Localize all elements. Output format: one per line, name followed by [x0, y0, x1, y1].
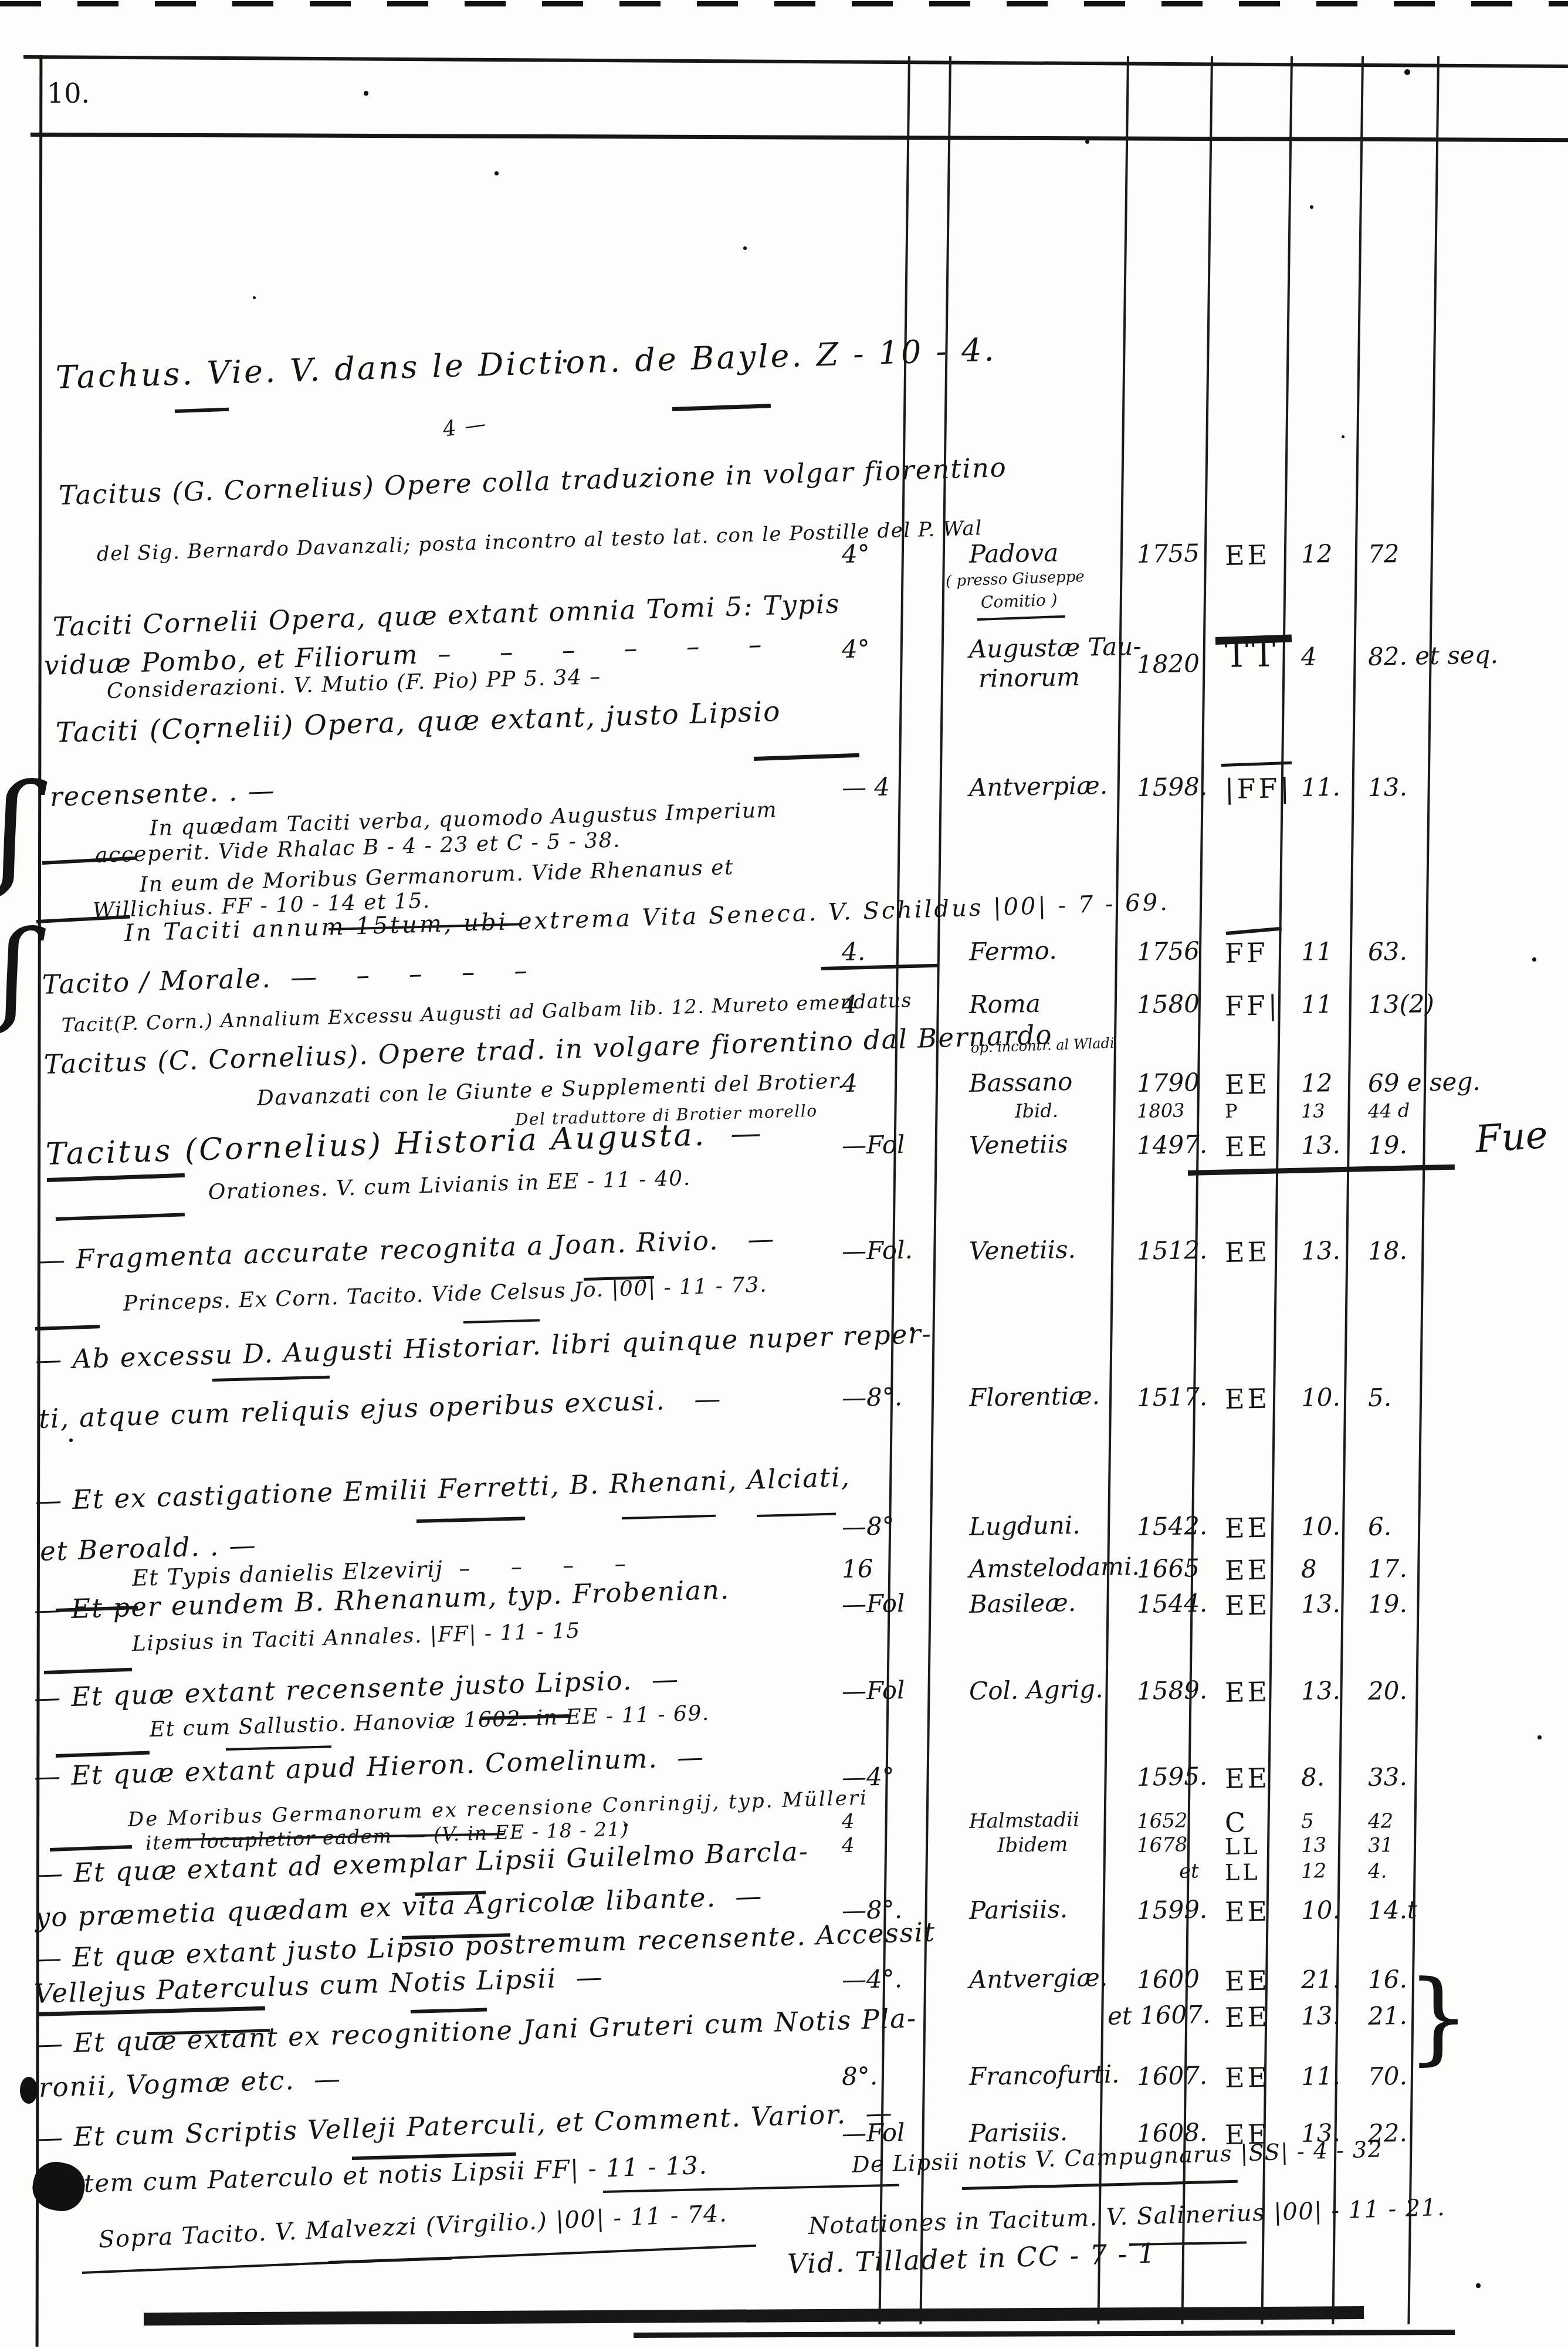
format-cell: —Fol.: [842, 1236, 913, 1265]
shelfmark-row: 13.: [1301, 1589, 1341, 1619]
shelfmark-number: 70.: [1368, 2062, 1408, 2091]
year-cell: 1542.: [1137, 1511, 1208, 1541]
margin-flourish: ʃ: [0, 906, 29, 1036]
catalog-line: — Et ex castigatione Emilii Ferretti, B.…: [35, 1461, 851, 1517]
shelfmark-number: 16.: [1368, 1965, 1408, 1994]
format-cell: — 4: [842, 773, 890, 802]
ink-speck: [1476, 2283, 1481, 2288]
format-cell: 8°.: [842, 2062, 878, 2091]
shelfmark-letters: EE: [1225, 539, 1271, 571]
shelfmark-row: 4: [1301, 642, 1318, 671]
ink-speck: [495, 171, 499, 175]
place-cell: Augustæ Tau-: [969, 632, 1142, 664]
year-cell: 1580: [1137, 989, 1200, 1019]
place-cell: rinorum: [978, 662, 1081, 693]
year-cell: 1497.: [1137, 1130, 1208, 1160]
ink-speck: [1537, 1735, 1542, 1739]
underline-stroke: [411, 2008, 487, 2013]
shelfmark-number: 14.t: [1368, 1896, 1418, 1925]
year-cell: 1517.: [1137, 1382, 1208, 1412]
overline-stroke: [1226, 927, 1282, 935]
format-cell: 4: [842, 1069, 858, 1098]
shelfmark-row: 13.: [1301, 1236, 1341, 1265]
shelfmark-row: 11.: [1301, 2062, 1341, 2091]
format-cell: 4: [842, 1834, 855, 1857]
shelfmark-letters: EE: [1225, 1589, 1271, 1622]
place-cell: Ibidem: [997, 1833, 1068, 1857]
format-cell: 4: [842, 990, 858, 1019]
place-cell: Basileæ.: [969, 1588, 1076, 1619]
shelfmark-row: 12: [1301, 1859, 1327, 1883]
catalog-line: et Beroald. . —: [39, 1529, 257, 1567]
ink-speck: [69, 1438, 73, 1442]
catalog-line: Tacito / Morale. — – – – –: [42, 955, 529, 1000]
catalog-line: — Fragmenta accurate recognita a Joan. R…: [38, 1223, 775, 1276]
catalog-line: Princeps. Ex Corn. Tacito. Vide Celsus J…: [123, 1272, 767, 1316]
place-cell: Lugduni.: [969, 1511, 1081, 1541]
format-cell: 16: [842, 1554, 873, 1583]
catalog-line: Tacitus (Cornelius) Historia Augusta. —: [45, 1116, 764, 1172]
row-brace: }: [1407, 1959, 1470, 2076]
shelfmark-number: 17.: [1368, 1554, 1408, 1583]
shelfmark-row: 13: [1301, 1099, 1325, 1122]
format-cell: 4: [842, 1810, 855, 1833]
place-cell: Ibid.: [1015, 1099, 1059, 1122]
shelfmark-number: 72: [1368, 539, 1400, 568]
place-cell: Parisiis.: [969, 2117, 1068, 2148]
place-cell: Padova: [969, 538, 1059, 568]
year-cell: 1678: [1137, 1833, 1188, 1857]
year-cell: 1598.: [1137, 772, 1208, 802]
format-cell: —8°: [842, 1511, 895, 1541]
year-cell: 1608.: [1137, 2118, 1208, 2148]
ink-speck: [1404, 69, 1410, 75]
shelfmark-letters: FF|: [1225, 989, 1281, 1022]
shelfmark-letters: EE: [1225, 1383, 1271, 1415]
shelfmark-row: 13.: [1301, 1676, 1341, 1705]
year-cell: 1790: [1137, 1068, 1200, 1098]
shelfmark-number: 42: [1368, 1809, 1394, 1833]
year-cell: 1589.: [1137, 1676, 1208, 1705]
year-cell: 1756: [1137, 936, 1200, 966]
shelfmark-number: 5.: [1368, 1383, 1392, 1412]
format-cell: 4.: [842, 937, 866, 966]
margin-flourish: ʃ: [0, 757, 29, 901]
underline-stroke: [212, 1376, 330, 1382]
ink-speck: [743, 246, 747, 250]
underline-stroke: [47, 1173, 185, 1182]
catalog-line: Vid. Tilladet in CC - 7 - 1: [787, 2237, 1157, 2280]
shelfmark-number: 31: [1368, 1833, 1394, 1857]
bottom-rule-2: [634, 2330, 1455, 2338]
shelfmark-letters: EE: [1225, 1896, 1271, 1928]
shelfmark-row: 5: [1301, 1810, 1314, 1833]
catalog-line: recensente. . —: [49, 775, 276, 813]
manuscript-page: 10. Tachus. Vie. V. dans le Diction. de …: [0, 0, 1568, 2349]
shelfmark-number: 21.: [1368, 2001, 1408, 2030]
year-cell: 1599.: [1137, 1895, 1208, 1925]
margin-dash: [36, 915, 130, 923]
top-dashed-rule: [0, 1, 1568, 6]
shelfmark-letters: P: [1225, 1100, 1241, 1122]
top-rule-1: [23, 55, 1568, 68]
shelfmark-row: 13.: [1301, 1131, 1341, 1160]
underline-stroke: [226, 1745, 331, 1751]
year-cell: 1512.: [1137, 1236, 1208, 1265]
year-cell: 1803: [1137, 1099, 1185, 1122]
margin-dash: [50, 1845, 132, 1852]
year-cell: 1600: [1137, 1964, 1200, 1994]
year-cell: 1820: [1137, 649, 1200, 679]
place-cell: Francofurti.: [969, 2060, 1120, 2091]
strikethrough-stroke: [1188, 1165, 1455, 1176]
underline-stroke: [622, 1515, 716, 1519]
shelfmark-number: 22.: [1368, 2118, 1408, 2148]
shelfmark-row: 10.: [1301, 1383, 1341, 1412]
shelfmark-number: 20.: [1368, 1676, 1408, 1705]
ink-speck: [1532, 957, 1536, 962]
shelfmark-letters: EE: [1225, 2001, 1271, 2033]
margin-dash: [56, 1213, 185, 1221]
shelfmark-letters: FF: [1225, 937, 1269, 969]
shelfmark-row: 13.: [1301, 2001, 1341, 2030]
shelfmark-row: 11: [1301, 937, 1333, 966]
shelfmark-number: 19.: [1368, 1131, 1408, 1160]
shelfmark-number: 13(2): [1368, 989, 1435, 1019]
catalog-line: Notationes in Tacitum. V. Salinerius |00…: [808, 2194, 1445, 2240]
ink-speck: [1310, 205, 1313, 209]
underline-stroke: [416, 1517, 525, 1523]
ink-speck: [1085, 140, 1089, 144]
shelfmark-letters: EE: [1225, 2062, 1271, 2094]
shelfmark-letters: EE: [1225, 1236, 1271, 1268]
shelfmark-letters: EE: [1225, 1762, 1271, 1795]
ink-speck: [364, 91, 368, 96]
format-cell: 4°: [842, 634, 871, 664]
shelfmark-number: 33.: [1368, 1762, 1408, 1792]
catalog-line: Orationes. V. cum Livianis in EE - 11 - …: [208, 1166, 691, 1204]
shelfmark-letters: EE: [1225, 1554, 1271, 1586]
year-cell: et: [1179, 1859, 1199, 1883]
ink-blot: [20, 2077, 38, 2104]
ink-speck: [910, 1327, 914, 1331]
place-cell: Venetiis.: [969, 1235, 1076, 1265]
format-cell: —Fol: [842, 1589, 905, 1619]
shelfmark-letters: LL: [1225, 1833, 1261, 1860]
catalog-line: ronii, Vogmæ etc. —: [38, 2063, 342, 2103]
underline-stroke: [977, 615, 1065, 621]
catalog-line: — Et cum Scriptis Velleji Paterculi, et …: [36, 2097, 893, 2154]
year-cell: 1595.: [1137, 1762, 1208, 1792]
underline-stroke: [463, 1319, 540, 1324]
catalog-line: Lipsius in Taciti Annales. |FF| - 11 - 1…: [131, 1619, 581, 1656]
shelfmark-row: 13.: [1301, 2118, 1341, 2148]
top-rule-2: [31, 133, 1568, 142]
column-rule-2: [919, 56, 951, 2324]
format-cell: 4°: [842, 539, 871, 568]
shelfmark-row: 13: [1301, 1833, 1327, 1857]
place-cell: Florentiæ.: [969, 1381, 1100, 1412]
shelfmark-number: 4.: [1368, 1859, 1387, 1883]
ink-speck: [1342, 435, 1345, 438]
shelfmark-row: 8.: [1301, 1762, 1325, 1792]
place-cell: Antvergiæ.: [969, 1963, 1108, 1994]
shelfmark-row: 21.: [1301, 1965, 1341, 1994]
underline-stroke: [821, 964, 939, 970]
shelfmark-letters: EE: [1225, 2118, 1271, 2151]
margin-dash: [44, 1668, 132, 1674]
catalog-line: — Ab excessu D. Augusti Historiar. libri…: [35, 1318, 932, 1376]
format-cell: —Fol: [842, 2118, 905, 2148]
format-cell: —Fol: [842, 1676, 905, 1705]
shelfmark-letters: |FF|: [1225, 772, 1293, 805]
ink-speck: [563, 359, 567, 363]
year-cell: 1755: [1137, 539, 1200, 568]
place-cell: Roma: [969, 989, 1041, 1019]
format-cell: —8°.: [842, 1895, 903, 1925]
shelfmark-row: 8: [1301, 1555, 1318, 1583]
shelfmark-number: 13.: [1368, 773, 1408, 802]
format-cell: —8°.: [842, 1382, 903, 1412]
year-cell: et 1607.: [1108, 2000, 1211, 2030]
catalog-line: Tachus. Vie. V. dans le Diction. de Bayl…: [55, 331, 997, 396]
place-cell: Bassano: [969, 1067, 1073, 1098]
shelfmark-row: 12: [1301, 1068, 1333, 1098]
shelfmark-row: 11: [1301, 990, 1333, 1019]
year-cell: 1652: [1137, 1809, 1188, 1833]
format-cell: —4°: [842, 1762, 895, 1792]
catalog-line: Tacitus (G. Cornelius) Opere colla tradu…: [58, 452, 1007, 511]
shelfmark-number: 18.: [1368, 1236, 1408, 1265]
catalog-line: Taciti (Cornelii) Opera, quæ extant, jus…: [55, 695, 781, 749]
place-cell: Venetiis: [969, 1129, 1068, 1160]
year-cell: 1607.: [1137, 2061, 1208, 2091]
catalog-line: ti, atque cum reliquis ejus operibus exc…: [38, 1383, 722, 1434]
shelfmark-row: 12: [1301, 539, 1333, 568]
ink-speck: [253, 296, 256, 299]
shelfmark-number: 63.: [1368, 937, 1408, 966]
shelfmark-letters: LL: [1225, 1859, 1261, 1886]
format-cell: —Fol: [842, 1130, 905, 1160]
fue-annotation: Fue: [1474, 1113, 1549, 1162]
place-cell: Fermo.: [969, 936, 1057, 966]
underline-stroke: [757, 1512, 836, 1517]
shelfmark-number: 6.: [1368, 1512, 1392, 1541]
place-note: Comitio ): [980, 590, 1058, 612]
underline-stroke: [754, 753, 859, 761]
place-cell: Col. Agrig.: [969, 1674, 1103, 1705]
shelfmark-letters: EE: [1225, 1965, 1271, 1997]
underline-stroke: [175, 408, 229, 413]
catalog-line: Sopra Tacito. V. Malvezzi (Virgilio.) |0…: [98, 2200, 728, 2253]
shelfmark-number: 44 d: [1368, 1099, 1410, 1122]
shelfmark-row: 10.: [1301, 1896, 1341, 1925]
flourish-mark: 4 —: [441, 412, 488, 442]
margin-dash: [56, 1751, 150, 1758]
separator-stroke: [603, 2184, 899, 2193]
shelfmark-number: 19.: [1368, 1589, 1408, 1619]
shelfmark-row: 11.: [1301, 773, 1341, 802]
format-cell: —4°.: [842, 1964, 903, 1994]
shelfmark-letters: EE: [1225, 1068, 1271, 1101]
shelfmark-letters: EE: [1225, 1131, 1271, 1163]
ink-speck: [624, 1823, 628, 1827]
year-cell: 1665: [1137, 1553, 1200, 1583]
catalog-line: — Et quæ extant apud Hieron. Comelinum. …: [33, 1741, 705, 1792]
place-cell: Antverpiæ.: [969, 771, 1108, 802]
margin-dash: [35, 1325, 100, 1331]
shelfmark-letters: EE: [1225, 1512, 1271, 1544]
ink-speck: [196, 740, 199, 744]
shelfmark-row: 10.: [1301, 1512, 1341, 1541]
underline-stroke: [672, 404, 771, 411]
page-number: 10.: [47, 77, 90, 109]
shelfmark-letters: EE: [1225, 1676, 1271, 1708]
place-cell: Amstelodami.: [969, 1552, 1140, 1583]
place-note: ( presso Giuseppe: [946, 568, 1085, 590]
shelfmark-number: 69 e seg.: [1368, 1067, 1481, 1098]
place-cell: Parisiis.: [969, 1894, 1068, 1925]
year-cell: 1544.: [1137, 1589, 1208, 1619]
place-cell: Halmstadii: [969, 1808, 1080, 1833]
shelfmark-number: 82. et seq.: [1368, 640, 1499, 671]
